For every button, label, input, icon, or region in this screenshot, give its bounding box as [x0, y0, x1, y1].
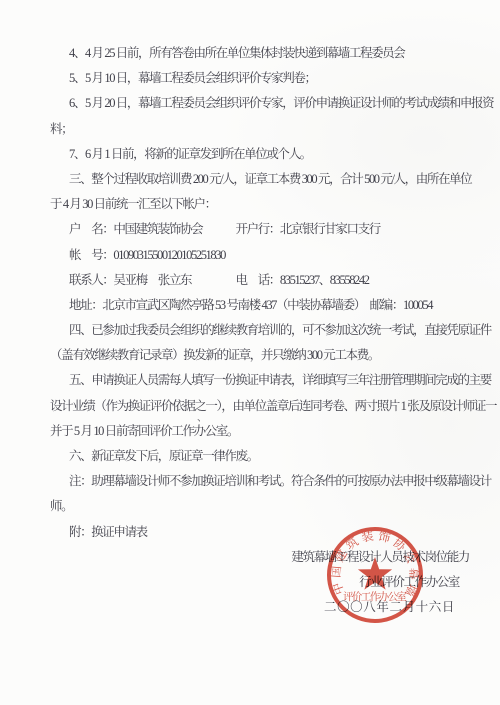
- document-line: 联系人：吴亚梅 张立东 电 话：83515237、83558242: [50, 268, 469, 293]
- document-line: 师。: [50, 494, 469, 519]
- document-line: 地址：北京市宣武区陶然亭路 53 号南楼 437（中装协幕墙委） 邮编：1000…: [50, 293, 469, 318]
- seal-office-text: 评价工作办公室: [343, 590, 408, 603]
- document-line: 三、整个过程收取培训费 200 元/人，证章工本费 300 元，合计 500 元…: [50, 167, 469, 192]
- official-seal: 中国建筑装饰协会幕墙设计 评价工作办公室: [320, 520, 430, 630]
- seal-ring-text: 中国建筑装饰协会幕墙设计: [320, 520, 422, 599]
- document-line: 料；: [50, 117, 469, 142]
- document-line: 并于 5 月 10 日前寄回评价工作办公室。: [50, 419, 469, 444]
- document-line: 四、已参加过我委员会组织的继续教育培训的，可不参加这次统一考试，直接凭原证件: [50, 318, 469, 343]
- document-line: 注：助理幕墙设计师不参加换证培训和考试。符合条件的可按原办法申报中级幕墙设计: [50, 469, 469, 494]
- star-icon: [358, 557, 392, 590]
- document-line: 户 名：中国建筑装饰协会 开户行：北京银行甘家口支行: [50, 217, 469, 242]
- document-line: 4、4 月 25 日前，所有答卷由所在单位集体封装快递到幕墙工程委员会: [50, 41, 469, 66]
- document-line: 7、6 月 1 日前，将新的证章发到所在单位或个人。: [50, 142, 469, 167]
- document-line: 6、5 月 20 日，幕墙工程委员会组织评价专家，评价申请换证设计师的考试成绩和…: [50, 91, 469, 116]
- stray-ink-mark: 、: [197, 409, 207, 424]
- document-line: 帐 号：01090315500120105251830: [50, 243, 469, 268]
- document-line: 六、新证章发下后，原证章一律作废。: [50, 444, 469, 469]
- seal-graphic: 中国建筑装饰协会幕墙设计 评价工作办公室: [320, 520, 430, 630]
- document-line: 5、5 月 10 日，幕墙工程委员会组织评价专家判卷；: [50, 66, 469, 91]
- document-line: （盖有效继续教育记录章）换发新的证章，并只缴纳 300 元工本费。: [50, 343, 469, 368]
- scanned-document-page: 4、4 月 25 日前，所有答卷由所在单位集体封装快递到幕墙工程委员会5、5 月…: [0, 0, 500, 705]
- document-line: 五、申请换证人员需每人填写一份换证申请表，详细填写三年注册管理期间完成的主要: [50, 368, 469, 393]
- document-line: 设计业绩（作为换证评价依据之一），由单位盖章后连同考卷、两寸照片 1 张及原设计…: [50, 394, 469, 419]
- document-line: 于 4 月 30 日前统一汇至以下帐户：: [50, 192, 469, 217]
